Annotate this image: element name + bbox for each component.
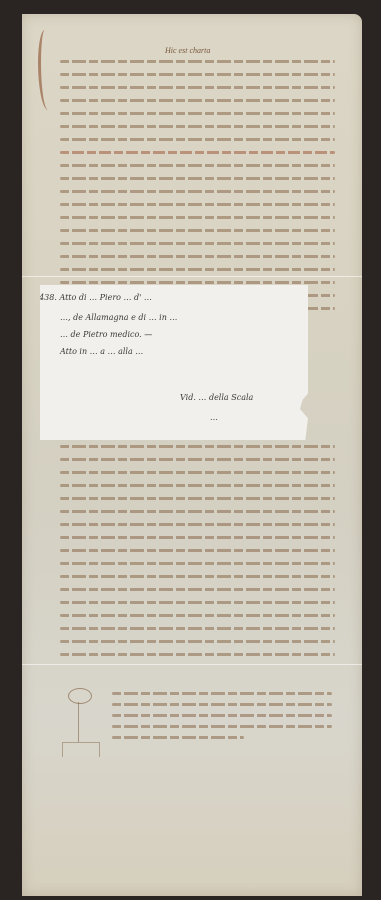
manuscript-line	[60, 640, 335, 643]
signum-head	[68, 688, 92, 704]
manuscript-line	[60, 536, 335, 539]
main-text-middle	[60, 445, 335, 666]
manuscript-line	[60, 86, 335, 89]
manuscript-line	[60, 510, 335, 513]
manuscript-line	[60, 549, 335, 552]
manuscript-line	[60, 562, 335, 565]
manuscript-line	[60, 177, 335, 180]
manuscript-line	[112, 692, 332, 695]
manuscript-line	[112, 714, 332, 717]
label-line: … de Pietro medico. —	[60, 330, 152, 339]
manuscript-line	[60, 242, 335, 245]
manuscript-line	[60, 125, 335, 128]
label-signature-line: Vid. … della Scala	[180, 393, 253, 402]
signum-base	[62, 742, 100, 757]
manuscript-line	[60, 138, 335, 141]
label-line: 1438. Atto di … Piero … d' …	[34, 293, 152, 302]
manuscript-line	[60, 164, 335, 167]
manuscript-line	[60, 281, 335, 284]
document-heading: Hic est charta	[165, 46, 210, 55]
label-line: …, de Allamagna e di … in …	[60, 313, 177, 322]
manuscript-line	[60, 484, 335, 487]
manuscript-line	[60, 268, 335, 271]
label-line: Atto in … a … alla …	[60, 347, 143, 356]
notarial-signum	[60, 678, 100, 758]
notarial-subscription	[112, 692, 332, 747]
manuscript-line	[60, 112, 335, 115]
manuscript-line	[60, 60, 335, 63]
manuscript-line	[60, 216, 335, 219]
manuscript-line	[112, 725, 332, 728]
manuscript-line	[60, 190, 335, 193]
main-text-top	[60, 60, 335, 320]
manuscript-line	[60, 614, 335, 617]
manuscript-line	[60, 203, 335, 206]
manuscript-line	[60, 255, 335, 258]
manuscript-line	[60, 497, 335, 500]
decorated-initial-letter	[38, 30, 55, 110]
manuscript-line	[60, 575, 335, 578]
manuscript-line	[112, 736, 244, 739]
manuscript-line	[60, 471, 335, 474]
manuscript-line	[60, 523, 335, 526]
manuscript-line	[60, 653, 335, 656]
manuscript-line	[60, 588, 335, 591]
manuscript-line	[60, 445, 335, 448]
signum-shaft	[78, 702, 79, 742]
manuscript-line	[60, 151, 335, 154]
manuscript-line	[60, 99, 335, 102]
manuscript-line	[112, 703, 332, 706]
manuscript-line	[60, 73, 335, 76]
manuscript-line	[60, 627, 335, 630]
label-signature: …	[210, 413, 218, 422]
manuscript-line	[60, 458, 335, 461]
manuscript-line	[60, 601, 335, 604]
manuscript-line	[60, 229, 335, 232]
archival-label: 1438. Atto di … Piero … d' … …, de Allam…	[40, 285, 308, 440]
